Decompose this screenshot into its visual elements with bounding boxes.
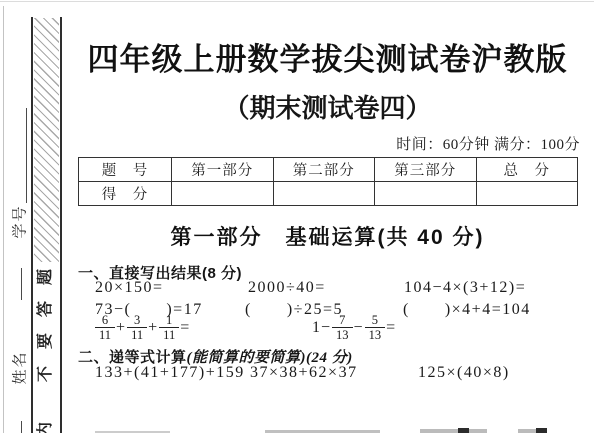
fraction: 513 xyxy=(365,313,386,343)
margin-partial-line xyxy=(21,421,22,433)
fraction-expr-text: − xyxy=(354,319,364,337)
cutoff-text-artifact xyxy=(458,428,469,433)
expression: 2000÷40= xyxy=(248,279,326,297)
binding-char: 题 xyxy=(37,268,55,286)
score-table-header-row: 题 号 第一部分 第二部分 第三部分 总 分 xyxy=(79,158,578,182)
page-left-edge xyxy=(3,6,4,433)
expression: 133+(41+177)+159 xyxy=(95,364,245,382)
page-top-edge xyxy=(0,1,594,2)
binding-hatch-pattern xyxy=(34,18,59,262)
fraction-expr-text: + xyxy=(116,319,126,337)
fraction: 611 xyxy=(95,313,115,343)
binding-char: 要 xyxy=(37,332,55,350)
student-no-blank-line xyxy=(26,108,27,203)
binding-char: 答 xyxy=(37,300,55,318)
expression: 37×38+62×37 xyxy=(250,364,358,382)
cutoff-text-artifact xyxy=(536,428,547,433)
binding-strip-left-line xyxy=(31,17,33,433)
fraction-expr-text: 1− xyxy=(312,319,331,337)
score-table-header-cell: 题 号 xyxy=(79,158,172,182)
time-score-meta: 时间：60分钟 满分：100分 xyxy=(396,133,580,154)
student-no-label: 学号 xyxy=(9,207,30,239)
score-table: 题 号 第一部分 第二部分 第三部分 总 分 得 分 xyxy=(78,157,578,206)
score-table-score-row: 得 分 xyxy=(79,182,578,206)
fraction-expr-text: + xyxy=(148,319,158,337)
fraction: 311 xyxy=(127,313,147,343)
binding-char: 内 xyxy=(37,421,55,433)
paper-title: 四年级上册数学拔尖测试卷沪教版 xyxy=(61,34,594,79)
fraction-expression: 611+311+111= xyxy=(95,313,190,343)
score-cell-part3 xyxy=(375,182,477,206)
score-table-header-cell: 第三部分 xyxy=(375,158,477,182)
expression: 125×(40×8) xyxy=(418,364,510,382)
fraction-expr-text: = xyxy=(180,319,190,337)
expression: 20×150= xyxy=(95,279,164,297)
score-table-header-cell: 第一部分 xyxy=(172,158,274,182)
score-cell-part2 xyxy=(273,182,375,206)
fraction-expr-text: = xyxy=(386,319,396,337)
fraction-expression: 1−713−513= xyxy=(312,313,396,343)
expression: ( )×4+4=104 xyxy=(403,296,531,319)
cutoff-text-artifact xyxy=(420,429,487,433)
score-cell-total xyxy=(476,182,578,206)
name-label: 姓名 xyxy=(9,353,30,385)
score-table-header-cell: 第二部分 xyxy=(273,158,375,182)
score-cell-part1 xyxy=(172,182,274,206)
binding-char: 不 xyxy=(37,365,55,383)
paper-subtitle: （期末测试卷四） xyxy=(61,88,594,125)
fraction: 713 xyxy=(332,313,353,343)
expression: 104−4×(3+12)= xyxy=(404,279,526,297)
name-blank-line xyxy=(21,268,22,300)
score-table-header-cell: 总 分 xyxy=(476,158,578,182)
scanned-test-paper: 学号 姓名 题 答 要 不 内 四年级上册数学拔尖测试卷沪教版 （期末测试卷四）… xyxy=(0,0,594,433)
fraction: 111 xyxy=(159,313,179,343)
score-row-label: 得 分 xyxy=(79,182,172,206)
section1-heading: 第一部分 基础运算(共 40 分) xyxy=(61,221,594,251)
